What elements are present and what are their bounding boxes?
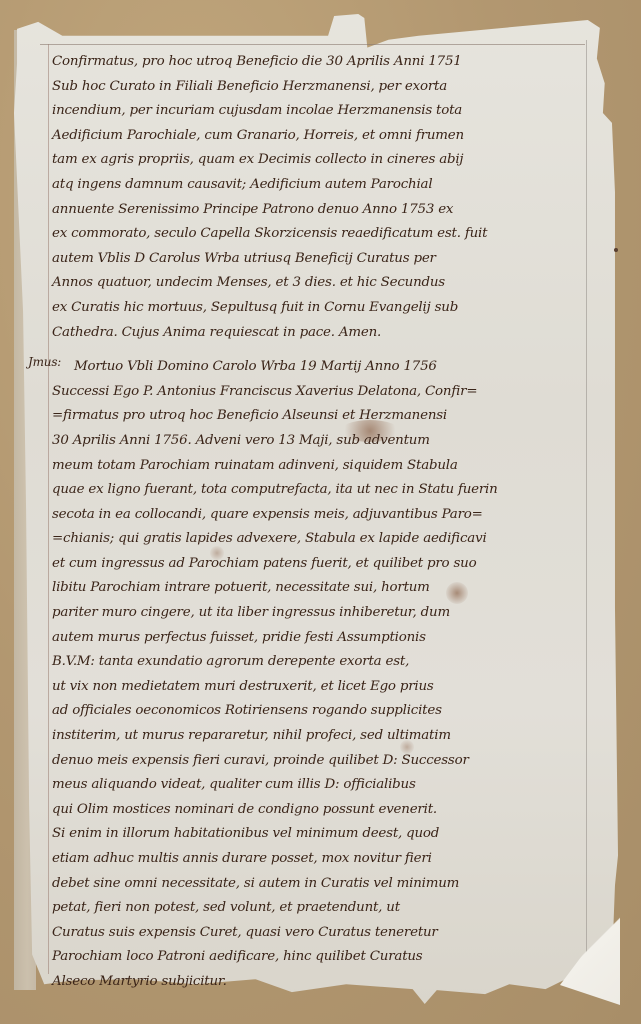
text-line: institerim, ut murus repararetur, nihil … [48, 724, 593, 749]
text-line: quae ex ligno fuerant, tota computrefact… [48, 478, 593, 503]
text-line: Successi Ego P. Antonius Franciscus Xave… [48, 380, 593, 405]
text-line: meum totam Parochiam ruinatam adinveni, … [48, 454, 593, 479]
paragraph-1: Confirmatus, pro hoc utroq Beneficio die… [48, 50, 593, 345]
text-line: ex commorato, seculo Capella Skorzicensi… [48, 222, 593, 247]
text-line: autem Vblis D Carolus Wrba utriusq Benef… [48, 247, 593, 272]
text-line: ad officiales oeconomicos Rotiriensens r… [48, 699, 593, 724]
text-line: qui Olim mostices nominari de condigno p… [48, 798, 593, 823]
text-line: Mortuo Vbli Domino Carolo Wrba 19 Martij… [48, 355, 593, 380]
text-line: B.V.M: tanta exundatio agrorum derepente… [48, 650, 593, 675]
text-line: Cathedra. Cujus Anima requiescat in pace… [48, 321, 593, 346]
text-line: secota in ea collocandi, quare expensis … [48, 503, 593, 528]
manuscript-text: Confirmatus, pro hoc utroq Beneficio die… [48, 50, 593, 995]
text-line: ex Curatis hic mortuus, Sepultusq fuit i… [48, 296, 593, 321]
text-line: ut vix non medietatem muri destruxerit, … [48, 675, 593, 700]
text-line: Confirmatus, pro hoc utroq Beneficio die… [48, 50, 593, 75]
text-line: pariter muro cingere, ut ita liber ingre… [48, 601, 593, 626]
text-line: Si enim in illorum habitationibus vel mi… [48, 822, 593, 847]
text-line: annuente Serenissimo Principe Patrono de… [48, 198, 593, 223]
text-line: Aedificium Parochiale, cum Granario, Hor… [48, 124, 593, 149]
text-line: libitu Parochiam intrare potuerit, neces… [48, 576, 593, 601]
text-line: etiam adhuc multis annis durare posset, … [48, 847, 593, 872]
text-line: Alseco Martyrio subjicitur. [48, 970, 593, 995]
text-line: debet sine omni necessitate, si autem in… [48, 872, 593, 897]
text-line: 30 Aprilis Anni 1756. Adveni vero 13 Maj… [48, 429, 593, 454]
paragraph-2: Jmus: Mortuo Vbli Domino Carolo Wrba 19 … [48, 355, 593, 994]
text-line: tam ex agris propriis, quam ex Decimis c… [48, 148, 593, 173]
text-line: denuo meis expensis fieri curavi, proind… [48, 749, 593, 774]
text-line: meus aliquando videat, qualiter cum illi… [48, 773, 593, 798]
text-line: =chianis; qui gratis lapides advexere, S… [48, 527, 593, 552]
text-line: incendium, per incuriam cujusdam incolae… [48, 99, 593, 124]
pin-hole [614, 248, 618, 252]
text-line: Curatus suis expensis Curet, quasi vero … [48, 921, 593, 946]
text-line: Annos quatuor, undecim Menses, et 3 dies… [48, 271, 593, 296]
text-line: atq ingens damnum causavit; Aedificium a… [48, 173, 593, 198]
text-line: et cum ingressus ad Parochiam patens fue… [48, 552, 593, 577]
text-line: Parochiam loco Patroni aedificare, hinc … [48, 945, 593, 970]
text-line: Sub hoc Curato in Filiali Beneficio Herz… [48, 75, 593, 100]
text-line: =firmatus pro utroq hoc Beneficio Alseun… [48, 404, 593, 429]
text-line: petat, fieri non potest, sed volunt, et … [48, 896, 593, 921]
top-margin-rule [40, 44, 585, 45]
text-line: autem murus perfectus fuisset, pridie fe… [48, 626, 593, 651]
